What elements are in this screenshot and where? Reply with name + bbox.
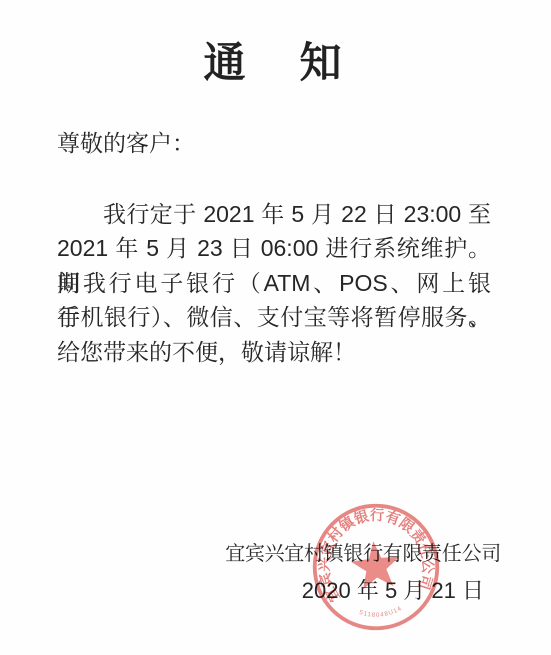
company-signature: 宜宾兴宜村镇银行有限责任公司	[225, 542, 501, 567]
notice-document: 通 知 尊敬的客户： 我行定于 2021 年 5 月 22 日 23:00 至 …	[0, 0, 551, 655]
svg-text:5118048U14: 5118048U14	[358, 605, 404, 621]
salutation: 尊敬的客户：	[57, 129, 195, 159]
body-line: 2021 年 5 月 23 日 06:00 进行系统维护。期	[57, 231, 491, 265]
notice-date: 2020 年 5 月 21 日	[302, 577, 484, 605]
body-line: 手机银行）、微信、支付宝等将暂停服务。	[57, 300, 491, 334]
notice-body: 我行定于 2021 年 5 月 22 日 23:00 至 2021 年 5 月 …	[57, 197, 491, 369]
seal-ring	[309, 500, 444, 635]
notice-title: 通 知	[0, 40, 551, 88]
official-seal: 宜宾兴宜村镇银行有限责任公司 5118048U14	[302, 493, 449, 640]
body-line: 间我行电子银行（ATM、POS、网上银行、	[57, 266, 491, 300]
body-line: 我行定于 2021 年 5 月 22 日 23:00 至	[57, 197, 491, 231]
body-line: 给您带来的不便，敬请谅解！	[57, 335, 491, 369]
seal-code: 5118048U14	[358, 605, 404, 621]
